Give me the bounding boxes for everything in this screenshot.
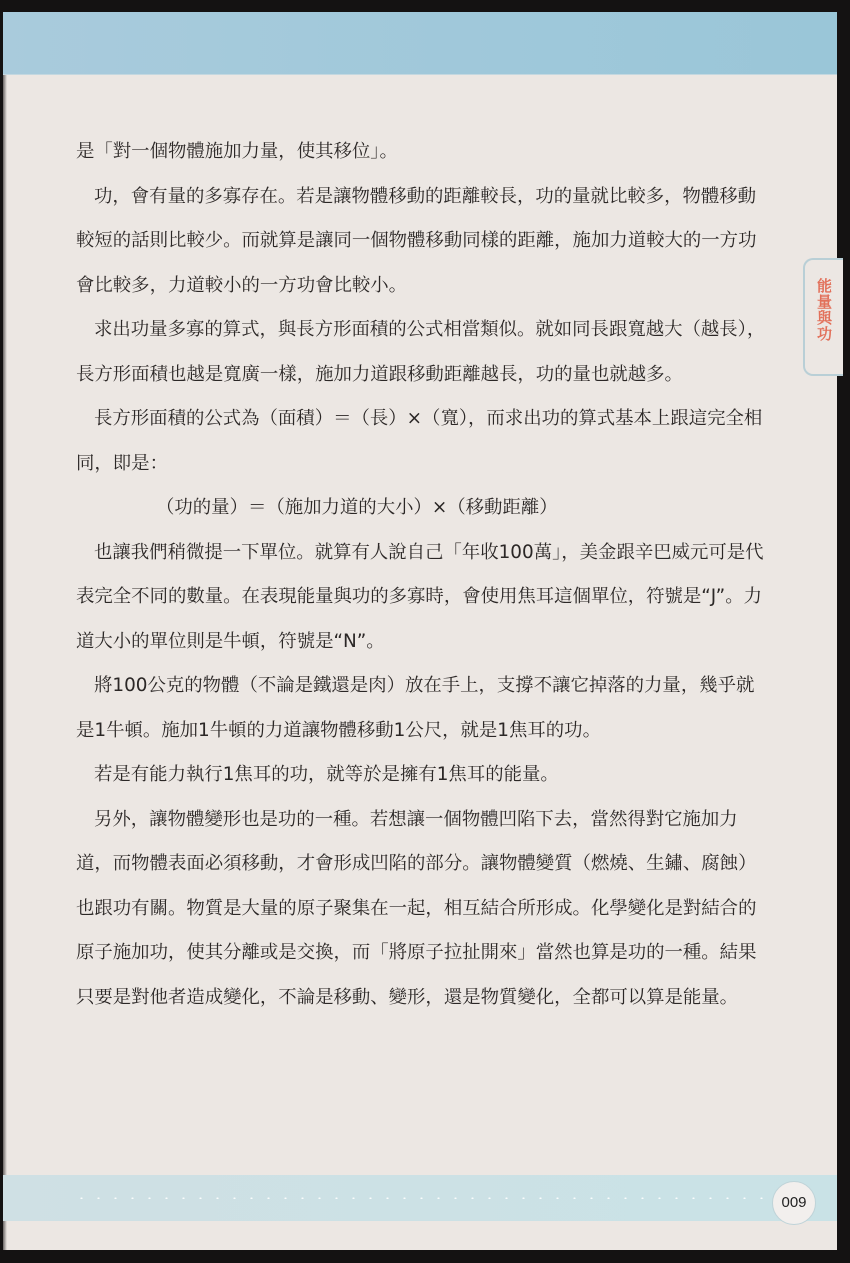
page-gutter-shadow: [3, 12, 7, 1250]
paragraph: 另外，讓物體變形也是功的一種。若想讓一個物體凹陷下去，當然得對它施加力道，而物體…: [76, 798, 766, 1021]
paragraph: 長方形面積的公式為（面積）＝（長）×（寬），而求出功的算式基本上跟這完全相同，即…: [76, 397, 766, 486]
footer-dotted-line: [73, 1197, 763, 1199]
paragraph: 也讓我們稍微提一下單位。就算有人說自己「年收100萬」，美金跟辛巴威元可是代表完…: [76, 531, 766, 665]
book-page: 能量與功 是「對一個物體施加力量，使其移位」。 功，會有量的多寡存在。若是讓物體…: [3, 12, 837, 1250]
page-number-badge: 009: [772, 1181, 816, 1225]
chapter-side-tab: 能量與功: [803, 258, 843, 376]
chapter-tab-label: 能量與功: [815, 278, 833, 342]
header-band: [3, 12, 837, 75]
paragraph: 求出功量多寡的算式，與長方形面積的公式相當類似。就如同長跟寬越大（越長），長方形…: [76, 308, 766, 397]
paragraph: 功，會有量的多寡存在。若是讓物體移動的距離較長，功的量就比較多，物體移動較短的話…: [76, 175, 766, 309]
footer-band: [3, 1175, 837, 1221]
paragraph: 將100公克的物體（不論是鐵還是肉）放在手上，支撐不讓它掉落的力量，幾乎就是1牛…: [76, 664, 766, 753]
formula-line: （功的量）＝（施加力道的大小）×（移動距離）: [76, 486, 766, 531]
paragraph: 是「對一個物體施加力量，使其移位」。: [76, 130, 766, 175]
paragraph: 若是有能力執行1焦耳的功，就等於是擁有1焦耳的能量。: [76, 753, 766, 798]
body-text: 是「對一個物體施加力量，使其移位」。 功，會有量的多寡存在。若是讓物體移動的距離…: [76, 130, 766, 1020]
